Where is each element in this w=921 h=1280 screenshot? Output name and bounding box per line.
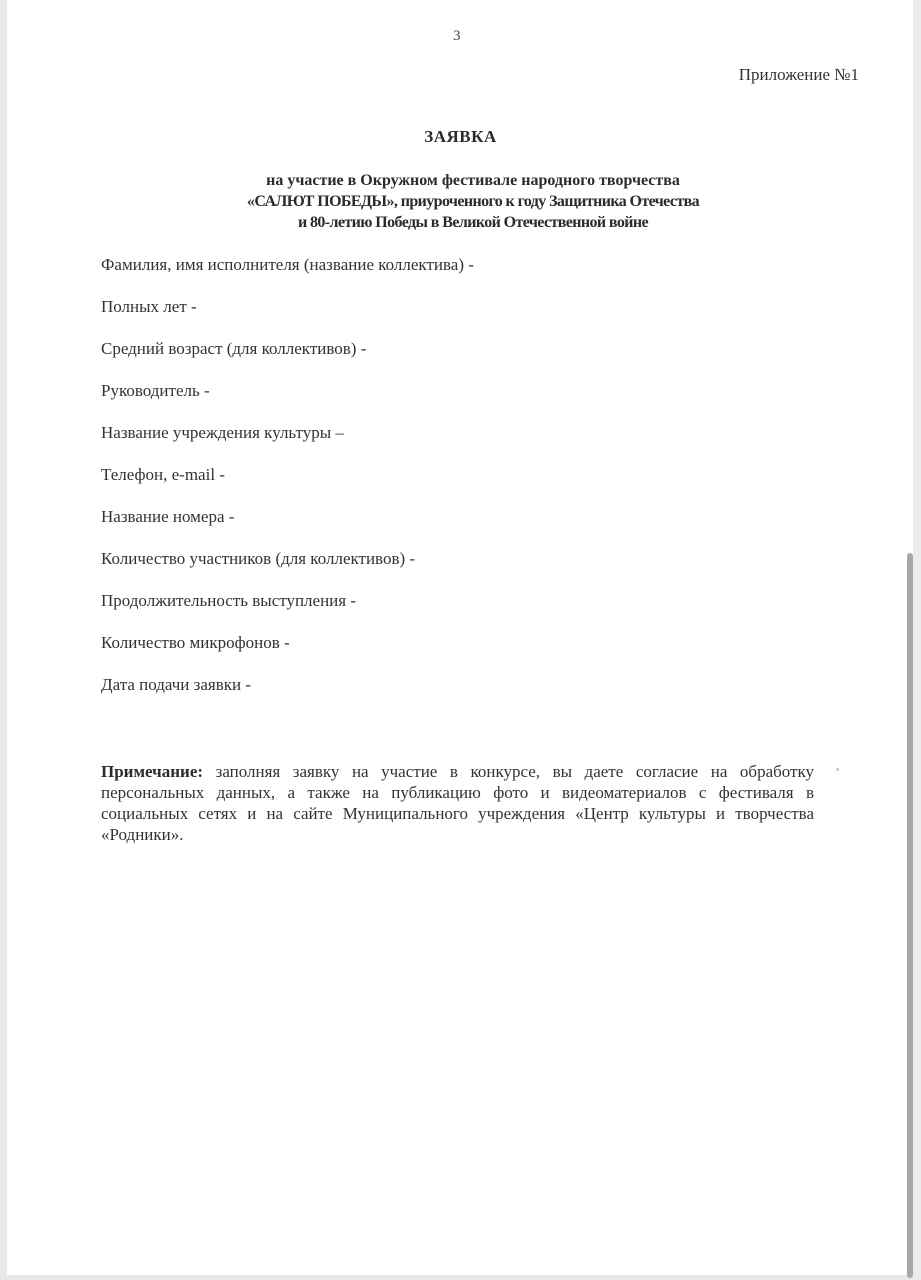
form-field-full-age: Полных лет -: [101, 295, 474, 337]
form-field-participants-count: Количество участников (для коллективов) …: [101, 547, 474, 589]
appendix-label: Приложение №1: [739, 65, 859, 85]
note-paragraph: Примечание: заполняя заявку на участие в…: [101, 761, 814, 845]
form-fields-list: Фамилия, имя исполнителя (название колле…: [101, 253, 474, 715]
subtitle-line: и 80-летию Победы в Великой Отечественно…: [0, 212, 921, 233]
form-field-microphones: Количество микрофонов -: [101, 631, 474, 673]
scrollbar-thumb[interactable]: [907, 553, 913, 1278]
form-field-institution: Название учреждения культуры –: [101, 421, 474, 463]
form-field-average-age: Средний возраст (для коллективов) -: [101, 337, 474, 379]
form-field-contacts: Телефон, e-mail -: [101, 463, 474, 505]
scan-speck: [836, 768, 839, 771]
form-field-duration: Продолжительность выступления -: [101, 589, 474, 631]
note-label: Примечание:: [101, 762, 203, 781]
scrollbar-track[interactable]: [913, 0, 921, 1280]
page-number: 3: [453, 28, 461, 45]
document-title: ЗАЯВКА: [0, 127, 921, 147]
form-field-leader: Руководитель -: [101, 379, 474, 421]
note-text: заполняя заявку на участие в конкурсе, в…: [101, 762, 814, 844]
form-field-submission-date: Дата подачи заявки -: [101, 673, 474, 715]
form-field-performer-name: Фамилия, имя исполнителя (название колле…: [101, 253, 474, 295]
document-subtitle: на участие в Окружном фестивале народног…: [0, 170, 921, 233]
form-field-act-title: Название номера -: [101, 505, 474, 547]
subtitle-line: на участие в Окружном фестивале народног…: [0, 170, 921, 191]
subtitle-line: «САЛЮТ ПОБЕДЫ», приуроченного к году Защ…: [0, 191, 921, 212]
